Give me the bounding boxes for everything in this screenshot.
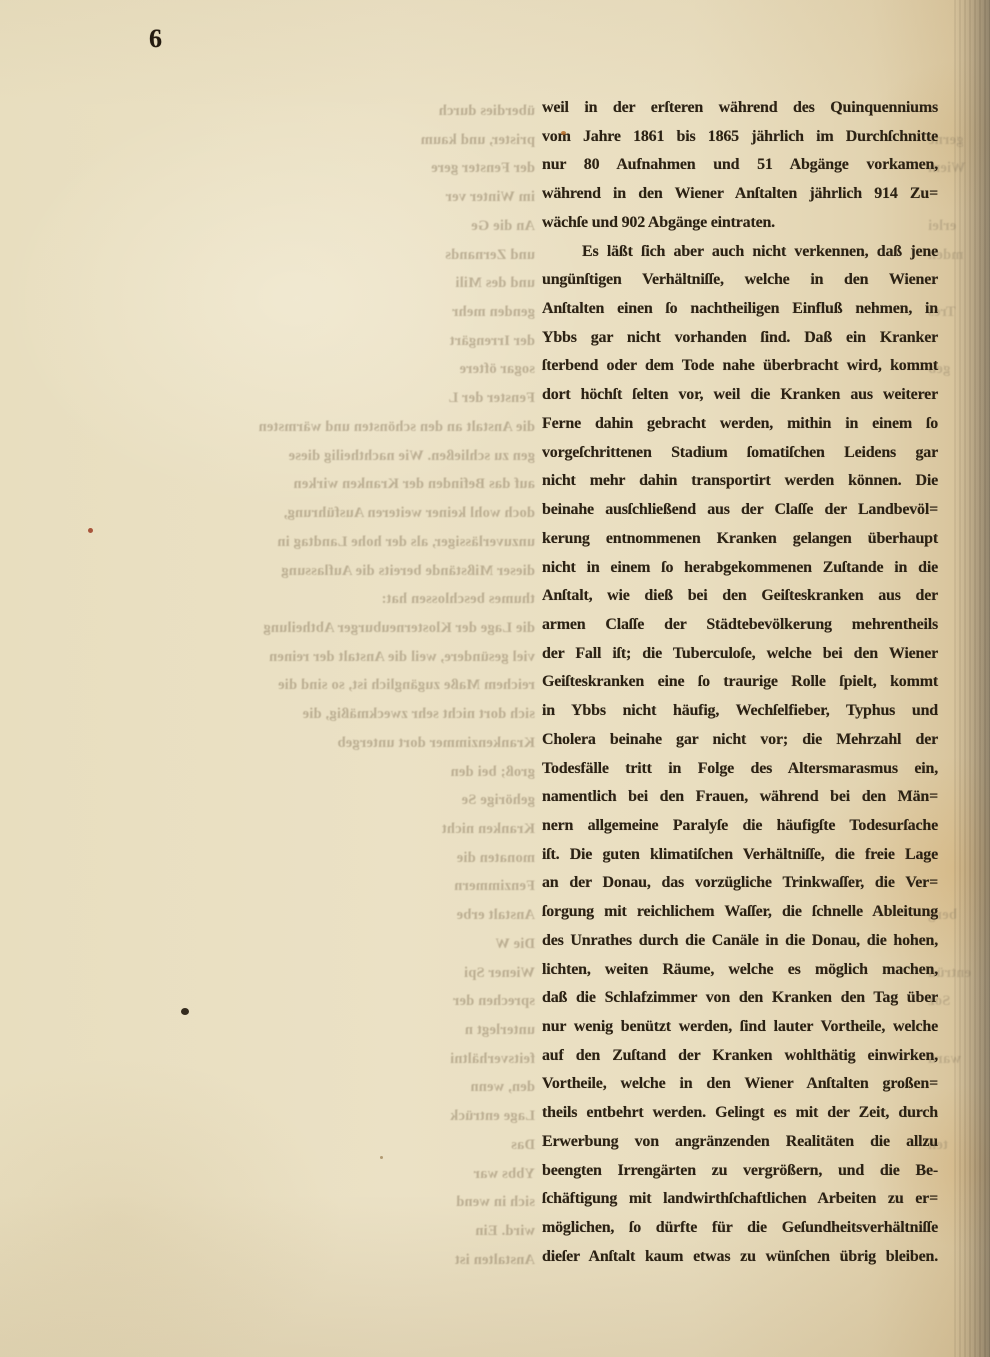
ink-spot bbox=[181, 1008, 189, 1015]
text-line: während in den Wiener Anſtalten jährlich… bbox=[542, 180, 938, 209]
text-line: Cholera beinahe gar nicht vor; die Mehrz… bbox=[542, 726, 938, 755]
text-line: nern allgemeine Paralyſe die häufigſte T… bbox=[542, 812, 938, 841]
text-line: der Fall iſt; die Tuberculoſe, welche be… bbox=[542, 640, 938, 669]
text-line: vorgeſchrittenen Stadium ſomatiſchen Lei… bbox=[542, 439, 938, 468]
text-line: namentlich bei den Frauen, während bei d… bbox=[542, 783, 938, 812]
text-line: kerung entnommenen Kranken gelangen über… bbox=[542, 525, 938, 554]
body-text-block: weil in der erſteren während des Quinque… bbox=[542, 94, 938, 1271]
text-line: lichten, weiten Räume, welche es möglich… bbox=[542, 956, 938, 985]
text-line: dort höchſt ſelten vor, weil die Kranken… bbox=[542, 381, 938, 410]
text-line: beengten Irrengärten zu vergrößern, und … bbox=[542, 1157, 938, 1186]
text-line: Geiſteskranken eine ſo traurige Rolle ſp… bbox=[542, 668, 938, 697]
text-line: nicht in einem ſo herabgekommenen Zuſtan… bbox=[542, 554, 938, 583]
foxing-speck bbox=[88, 528, 93, 533]
text-line: ungünſtigen Verhältniſſe, welche in den … bbox=[542, 266, 938, 295]
text-line: Anſtalt, wie dieß bei den Geiſteskranken… bbox=[542, 582, 938, 611]
text-line: iſt. Die guten klimatiſchen Verhältniſſe… bbox=[542, 841, 938, 870]
text-line: Vortheile, welche in den Wiener Anſtalte… bbox=[542, 1070, 938, 1099]
text-line: ſchäftigung mit landwirthſchaftlichen Ar… bbox=[542, 1185, 938, 1214]
text-line: nur 80 Aufnahmen und 51 Abgänge vorkamen… bbox=[542, 151, 938, 180]
text-line: auf den Zuſtand der Kranken wohlthätig e… bbox=[542, 1042, 938, 1071]
text-line: Es läßt ſich aber auch nicht verkennen, … bbox=[542, 238, 938, 267]
text-line: des Unrathes durch die Canäle in die Don… bbox=[542, 927, 938, 956]
text-line: nicht mehr dahin transportirt werden kön… bbox=[542, 467, 938, 496]
page-number: 6 bbox=[149, 24, 162, 54]
text-line: wächſe und 902 Abgänge eintraten. bbox=[542, 209, 938, 238]
text-line: vom Jahre 1861 bis 1865 jährlich im Durc… bbox=[542, 123, 938, 152]
text-line: nur wenig benützt werden, ſind lauter Vo… bbox=[542, 1013, 938, 1042]
text-line: daß die Schlafzimmer von den Kranken den… bbox=[542, 984, 938, 1013]
scanned-book-page: { "colors": { "paper": "#e9dfc2", "ink":… bbox=[0, 0, 990, 1357]
text-line: beinahe ausſchließend aus der Claſſe der… bbox=[542, 496, 938, 525]
book-edge-shadow bbox=[954, 0, 990, 1357]
text-line: möglichen, ſo dürfte für die Geſundheits… bbox=[542, 1214, 938, 1243]
text-line: Todesfälle tritt in Folge des Altersmara… bbox=[542, 755, 938, 784]
text-line: ſterbend oder dem Tode nahe überbracht w… bbox=[542, 352, 938, 381]
text-line: weil in der erſteren während des Quinque… bbox=[542, 94, 938, 123]
foxing-speck bbox=[380, 1156, 383, 1159]
text-line: ſorgung mit reichlichem Waſſer, die ſchn… bbox=[542, 898, 938, 927]
text-line: Erwerbung von angränzenden Realitäten di… bbox=[542, 1128, 938, 1157]
text-line: dieſer Anſtalt kaum etwas zu wünſchen üb… bbox=[542, 1243, 938, 1272]
text-line: in Ybbs nicht häufig, Wechſelfieber, Typ… bbox=[542, 697, 938, 726]
text-line: Ybbs gar nicht vorhanden ſind. Daß ein K… bbox=[542, 324, 938, 353]
foxing-speck bbox=[561, 131, 566, 135]
text-line: theils entbehrt werden. Gelingt es mit d… bbox=[542, 1099, 938, 1128]
text-line: armen Claſſe der Städtebevölkerung mehre… bbox=[542, 611, 938, 640]
text-line: Ferne dahin gebracht werden, mithin in e… bbox=[542, 410, 938, 439]
text-line: an der Donau, das vorzügliche Trinkwaſſe… bbox=[542, 869, 938, 898]
text-line: Anſtalten einen ſo nachtheiligen Einfluß… bbox=[542, 295, 938, 324]
